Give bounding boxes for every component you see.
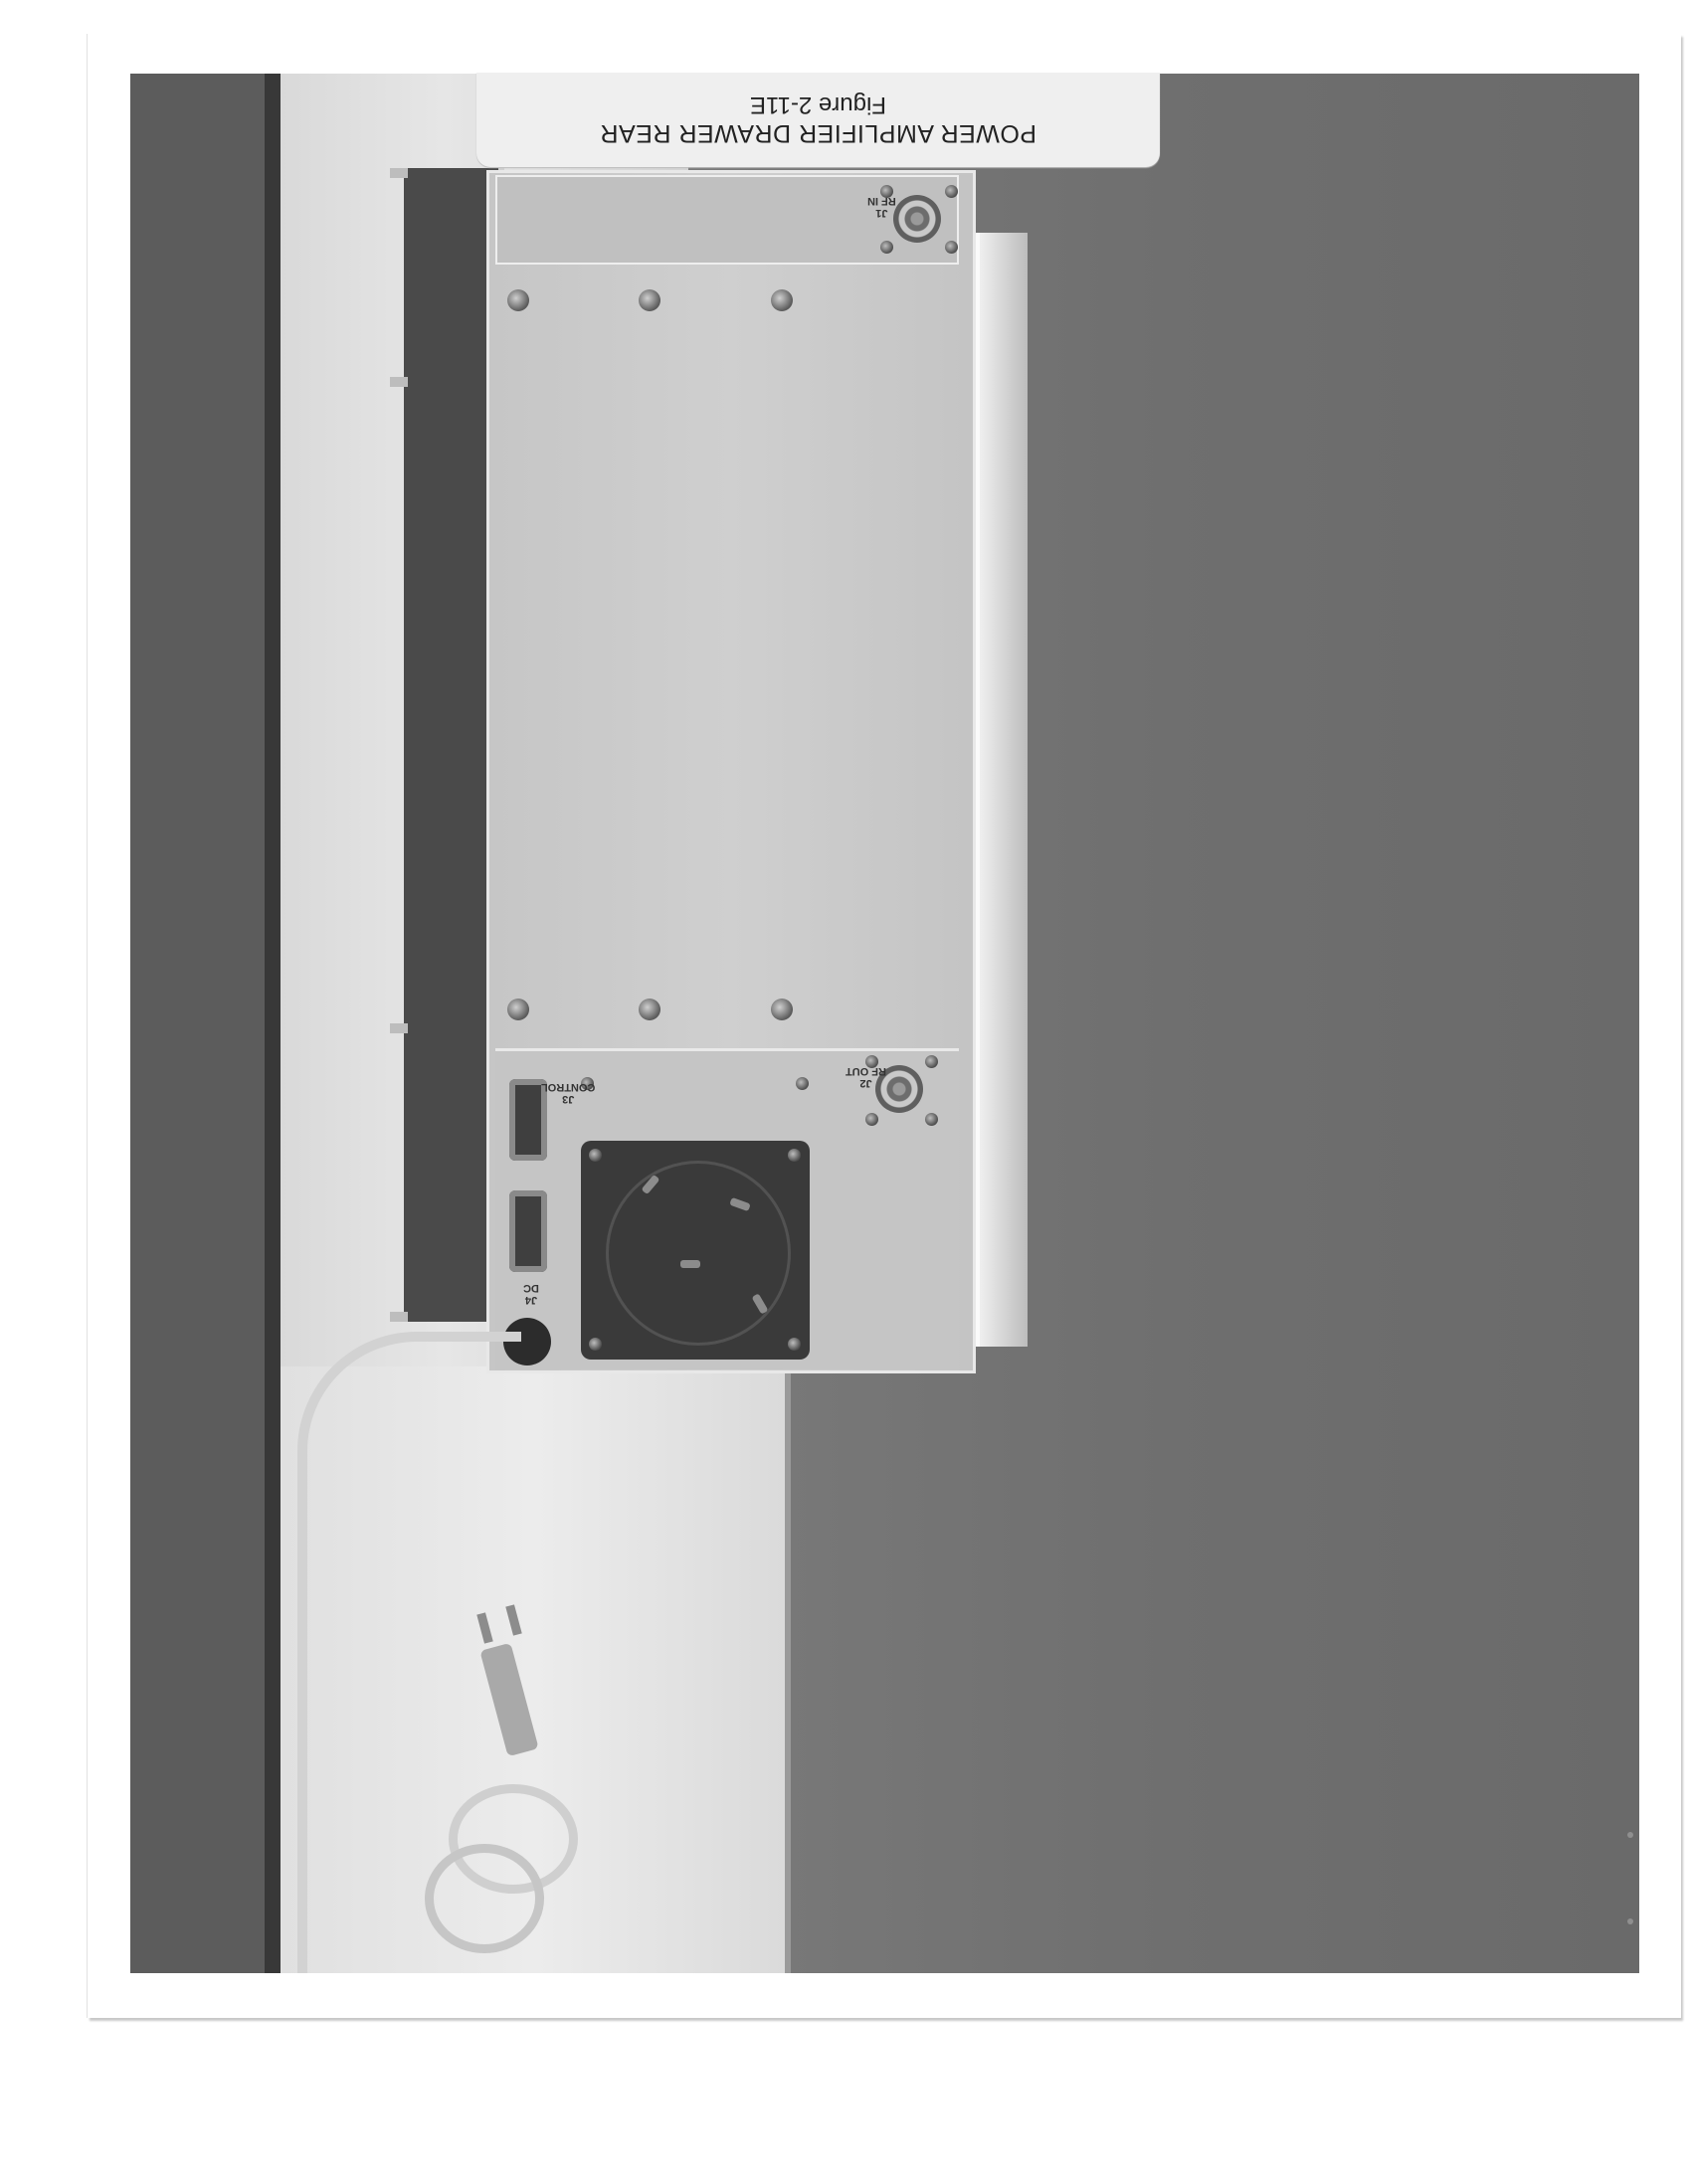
j2-name-text: RF OUT xyxy=(845,1065,886,1077)
rail-notch xyxy=(390,1312,408,1322)
screw-icon xyxy=(788,1149,801,1162)
j3-id-text: J3 xyxy=(541,1093,595,1105)
rf-in-connector-icon xyxy=(893,195,941,243)
j2-label: J2 RF OUT xyxy=(845,1065,886,1089)
j1-id-text: J1 xyxy=(867,207,896,219)
screw-icon xyxy=(925,1055,938,1068)
rear-io-panel: J2 RF OUT J3 CONTROL J4 DC xyxy=(495,1048,959,1369)
screw-icon xyxy=(945,241,958,254)
screw-icon xyxy=(796,1077,809,1090)
j4-name-text: DC xyxy=(523,1282,539,1294)
screw-icon xyxy=(507,289,529,311)
j1-name-text: RF IN xyxy=(867,195,896,207)
j4-label: J4 DC xyxy=(523,1282,539,1306)
cord-coil-icon xyxy=(425,1844,544,1953)
j4-dc-connector-icon xyxy=(509,1190,547,1272)
rail-notch xyxy=(390,168,408,178)
fan-blade xyxy=(680,1260,700,1268)
scan-artifact xyxy=(1627,1832,1633,1838)
caption-title: POWER AMPLIFIER DRAWER REAR xyxy=(600,119,1036,149)
rail-notch xyxy=(390,377,408,387)
screw-icon xyxy=(788,1338,801,1351)
j2-id-text: J2 xyxy=(845,1077,886,1089)
photo-dark-border xyxy=(130,74,280,1973)
cooling-fan-icon xyxy=(581,1141,810,1360)
figure-caption: POWER AMPLIFIER DRAWER REAR Figure 2-11E xyxy=(476,73,1160,167)
fan-ring xyxy=(606,1161,791,1346)
screw-icon xyxy=(880,241,893,254)
scan-artifact xyxy=(1627,1918,1633,1924)
figure-number: Figure 2-11E xyxy=(750,91,886,119)
drawer-side-frame xyxy=(976,233,1028,1347)
screw-icon xyxy=(925,1113,938,1126)
screw-icon xyxy=(771,999,793,1020)
photo-shadow-edge xyxy=(265,74,281,1973)
amplifier-drawer: J1 RF IN J2 RF OUT J3 CONTROL xyxy=(486,170,976,1373)
screw-icon xyxy=(945,185,958,198)
screw-icon xyxy=(639,289,660,311)
j3-name-text: CONTROL xyxy=(541,1081,595,1093)
j1-label: J1 RF IN xyxy=(867,195,896,219)
screw-icon xyxy=(589,1149,602,1162)
figure-photo: J1 RF IN J2 RF OUT J3 CONTROL xyxy=(130,74,1639,1973)
screw-icon xyxy=(865,1113,878,1126)
lower-wall-edge xyxy=(785,1366,791,1973)
rail-notch xyxy=(390,1023,408,1033)
j3-label: J3 CONTROL xyxy=(541,1081,595,1105)
screw-icon xyxy=(589,1338,602,1351)
caption-rotated-text: POWER AMPLIFIER DRAWER REAR Figure 2-11E xyxy=(476,73,1160,167)
screw-icon xyxy=(507,999,529,1020)
screw-icon xyxy=(639,999,660,1020)
j4-id-text: J4 xyxy=(523,1294,539,1306)
screw-icon xyxy=(771,289,793,311)
rf-in-panel: J1 RF IN xyxy=(495,175,959,265)
